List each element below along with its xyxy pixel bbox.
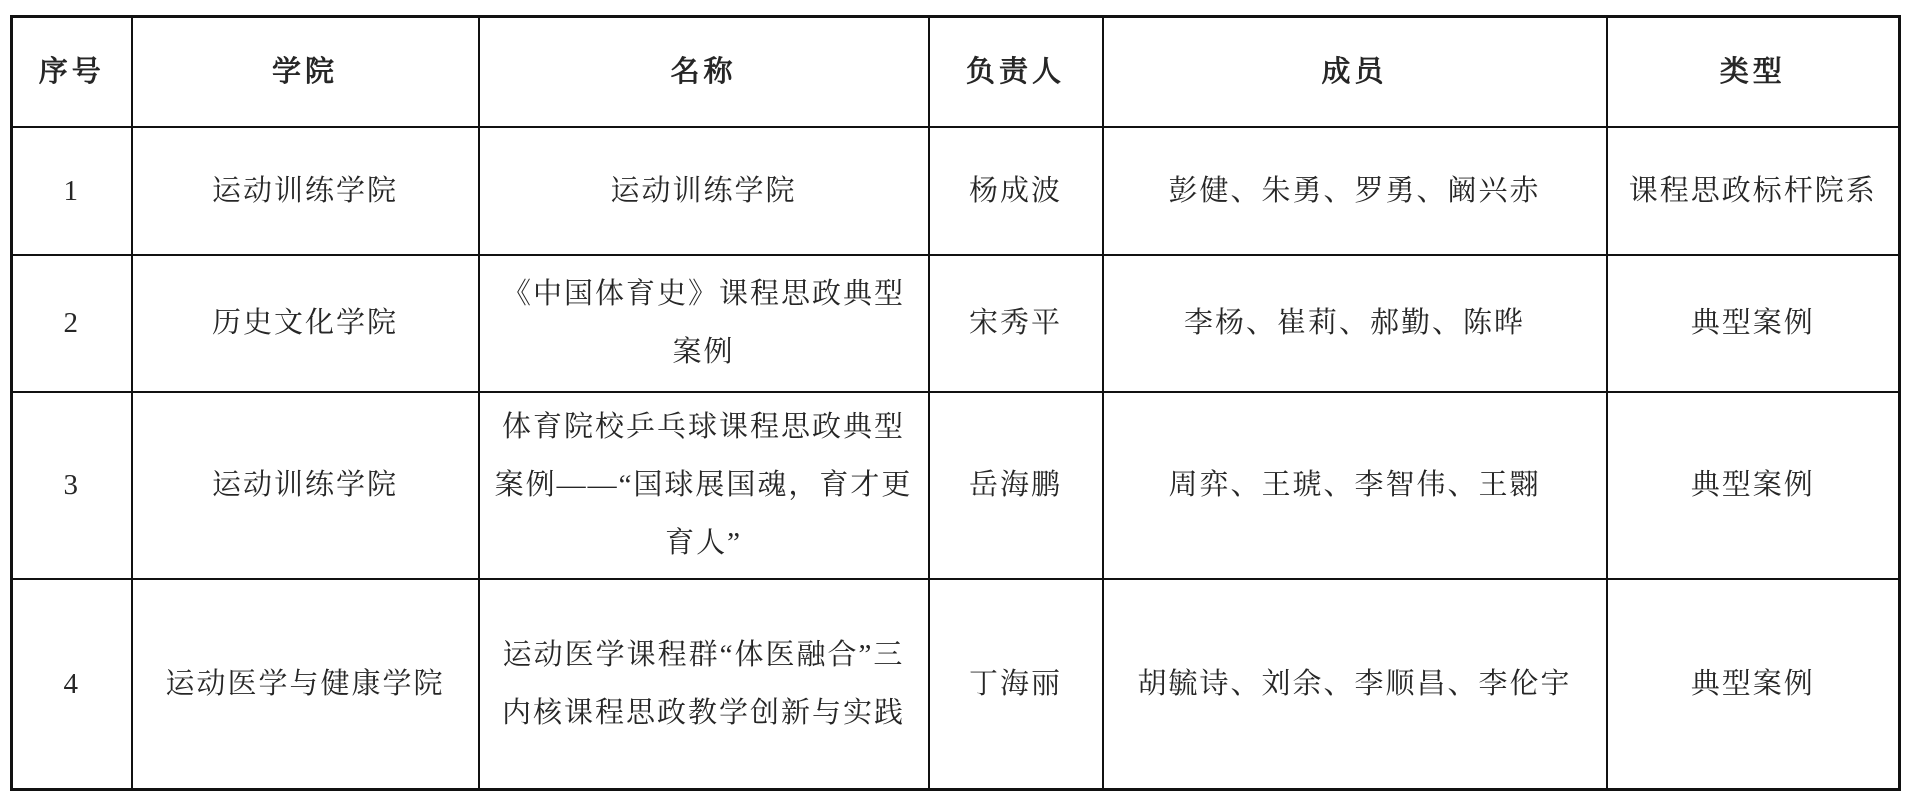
cell-name: 《中国体育史》课程思政典型案例: [479, 255, 929, 392]
table-row: 1 运动训练学院 运动训练学院 杨成波 彭健、朱勇、罗勇、阚兴赤 课程思政标杆院…: [12, 127, 1900, 255]
cell-leader: 丁海丽: [929, 579, 1103, 790]
cell-name: 体育院校乒乓球课程思政典型案例——“国球展国魂，育才更育人”: [479, 392, 929, 579]
table-row: 4 运动医学与健康学院 运动医学课程群“体医融合”三内核课程思政教学创新与实践 …: [12, 579, 1900, 790]
cell-index: 3: [12, 392, 132, 579]
table-row: 3 运动训练学院 体育院校乒乓球课程思政典型案例——“国球展国魂，育才更育人” …: [12, 392, 1900, 579]
cell-name: 运动训练学院: [479, 127, 929, 255]
projects-table: 序号 学院 名称 负责人 成员 类型 1 运动训练学院 运动训练学院 杨成波 彭…: [10, 15, 1901, 791]
header-cell-leader: 负责人: [929, 17, 1103, 127]
cell-members: 周弈、王琥、李智伟、王翾: [1103, 392, 1607, 579]
table-row: 2 历史文化学院 《中国体育史》课程思政典型案例 宋秀平 李杨、崔莉、郝勤、陈晔…: [12, 255, 1900, 392]
header-cell-college: 学院: [132, 17, 479, 127]
cell-leader: 岳海鹏: [929, 392, 1103, 579]
header-cell-name: 名称: [479, 17, 929, 127]
cell-members: 彭健、朱勇、罗勇、阚兴赤: [1103, 127, 1607, 255]
cell-index: 4: [12, 579, 132, 790]
header-cell-index: 序号: [12, 17, 132, 127]
cell-members: 李杨、崔莉、郝勤、陈晔: [1103, 255, 1607, 392]
table-header-row: 序号 学院 名称 负责人 成员 类型: [12, 17, 1900, 127]
cell-type: 课程思政标杆院系: [1607, 127, 1900, 255]
cell-name: 运动医学课程群“体医融合”三内核课程思政教学创新与实践: [479, 579, 929, 790]
header-cell-members: 成员: [1103, 17, 1607, 127]
cell-type: 典型案例: [1607, 392, 1900, 579]
cell-leader: 宋秀平: [929, 255, 1103, 392]
cell-college: 历史文化学院: [132, 255, 479, 392]
cell-type: 典型案例: [1607, 255, 1900, 392]
cell-members: 胡毓诗、刘余、李顺昌、李伦宇: [1103, 579, 1607, 790]
cell-index: 1: [12, 127, 132, 255]
cell-index: 2: [12, 255, 132, 392]
cell-college: 运动医学与健康学院: [132, 579, 479, 790]
cell-college: 运动训练学院: [132, 127, 479, 255]
cell-leader: 杨成波: [929, 127, 1103, 255]
header-cell-type: 类型: [1607, 17, 1900, 127]
cell-type: 典型案例: [1607, 579, 1900, 790]
cell-college: 运动训练学院: [132, 392, 479, 579]
